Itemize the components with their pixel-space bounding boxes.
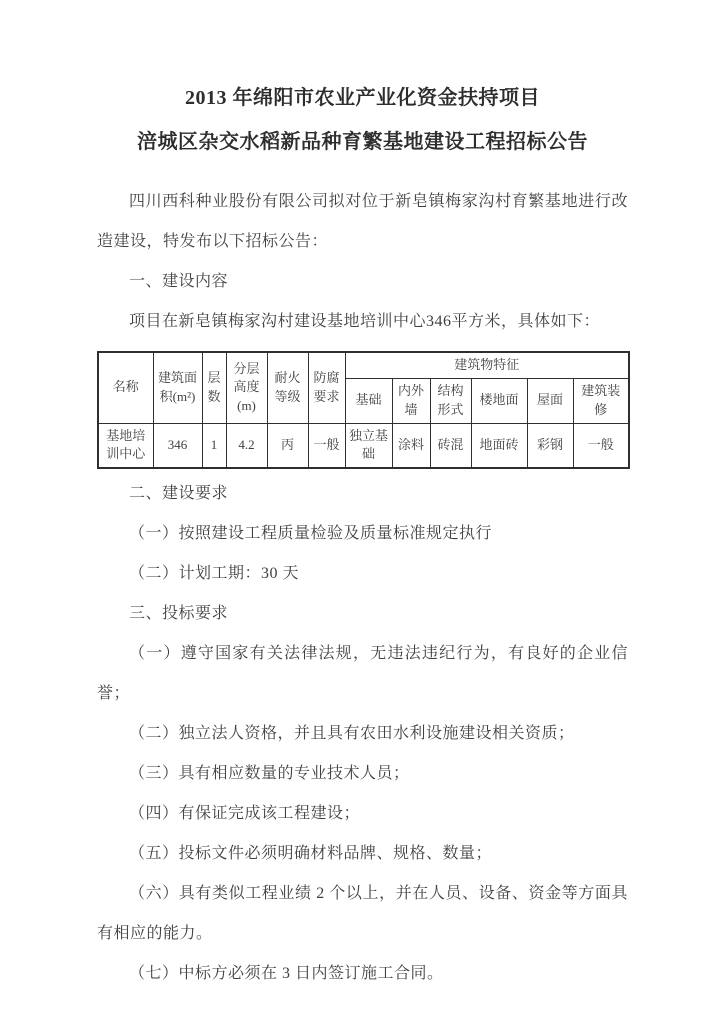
table-header-row-1: 名称 建筑面积(m²) 层数 分层高度(m) 耐火等级 防腐要求 建筑物特征 (98, 352, 629, 378)
col-header-floor-surface: 楼地面 (471, 378, 527, 423)
col-header-name: 名称 (98, 352, 153, 423)
col-header-anti-corrosion: 防腐要求 (308, 352, 345, 423)
cell-inner-outer-wall: 涂料 (392, 423, 430, 468)
section-1-heading: 一、建设内容 (97, 262, 628, 302)
cell-decoration: 一般 (573, 423, 629, 468)
cell-fire-rating: 丙 (267, 423, 308, 468)
cell-anti-corrosion: 一般 (308, 423, 345, 468)
cell-roof: 彩钢 (527, 423, 573, 468)
cell-area: 346 (153, 423, 202, 468)
col-header-roof: 屋面 (527, 378, 573, 423)
document-title-line2: 涪城区杂交水稻新品种育繁基地建设工程招标公告 (97, 120, 628, 164)
section-3-item-3: （三）具有相应数量的专业技术人员； (97, 754, 628, 794)
col-header-building-features-group: 建筑物特征 (345, 352, 629, 378)
section-1-lead: 项目在新皂镇梅家沟村建设基地培训中心346平方米，具体如下： (97, 302, 628, 342)
section-3-item-1: （一）遵守国家有关法律法规，无违法违纪行为，有良好的企业信誉； (97, 634, 628, 714)
cell-floors: 1 (202, 423, 226, 468)
cell-floor-height: 4.2 (226, 423, 267, 468)
document-page: 2013 年绵阳市农业产业化资金扶持项目 涪城区杂交水稻新品种育繁基地建设工程招… (0, 0, 724, 1024)
section-2-heading: 二、建设要求 (97, 474, 628, 514)
col-header-area: 建筑面积(m²) (153, 352, 202, 423)
section-2-item-2: （二）计划工期：30 天 (97, 554, 628, 594)
intro-paragraph: 四川西科种业股份有限公司拟对位于新皂镇梅家沟村育繁基地进行改造建设，特发布以下招… (97, 182, 628, 262)
section-3-item-7: （七）中标方必须在 3 日内签订施工合同。 (97, 954, 628, 994)
col-header-foundation: 基础 (345, 378, 392, 423)
col-header-inner-outer-wall: 内外墙 (392, 378, 430, 423)
cell-floor-surface: 地面砖 (471, 423, 527, 468)
col-header-decoration: 建筑装修 (573, 378, 629, 423)
col-header-floors: 层数 (202, 352, 226, 423)
col-header-structure-type: 结构形式 (430, 378, 471, 423)
section-3-item-6: （六）具有类似工程业绩 2 个以上，并在人员、设备、资金等方面具有相应的能力。 (97, 874, 628, 954)
cell-structure-type: 砖混 (430, 423, 471, 468)
cell-name: 基地培训中心 (98, 423, 153, 468)
section-2-item-1: （一）按照建设工程质量检验及质量标准规定执行 (97, 514, 628, 554)
section-3-item-5: （五）投标文件必须明确材料品牌、规格、数量； (97, 834, 628, 874)
section-3-heading: 三、投标要求 (97, 594, 628, 634)
section-3-item-4: （四）有保证完成该工程建设； (97, 794, 628, 834)
cell-foundation: 独立基础 (345, 423, 392, 468)
col-header-floor-height: 分层高度(m) (226, 352, 267, 423)
section-3-item-2: （二）独立法人资格，并且具有农田水利设施建设相关资质； (97, 714, 628, 754)
construction-spec-table: 名称 建筑面积(m²) 层数 分层高度(m) 耐火等级 防腐要求 建筑物特征 基… (97, 351, 630, 469)
document-title-line1: 2013 年绵阳市农业产业化资金扶持项目 (97, 76, 628, 120)
col-header-fire-rating: 耐火等级 (267, 352, 308, 423)
table-row: 基地培训中心 346 1 4.2 丙 一般 独立基础 涂料 砖混 地面砖 彩钢 … (98, 423, 629, 468)
